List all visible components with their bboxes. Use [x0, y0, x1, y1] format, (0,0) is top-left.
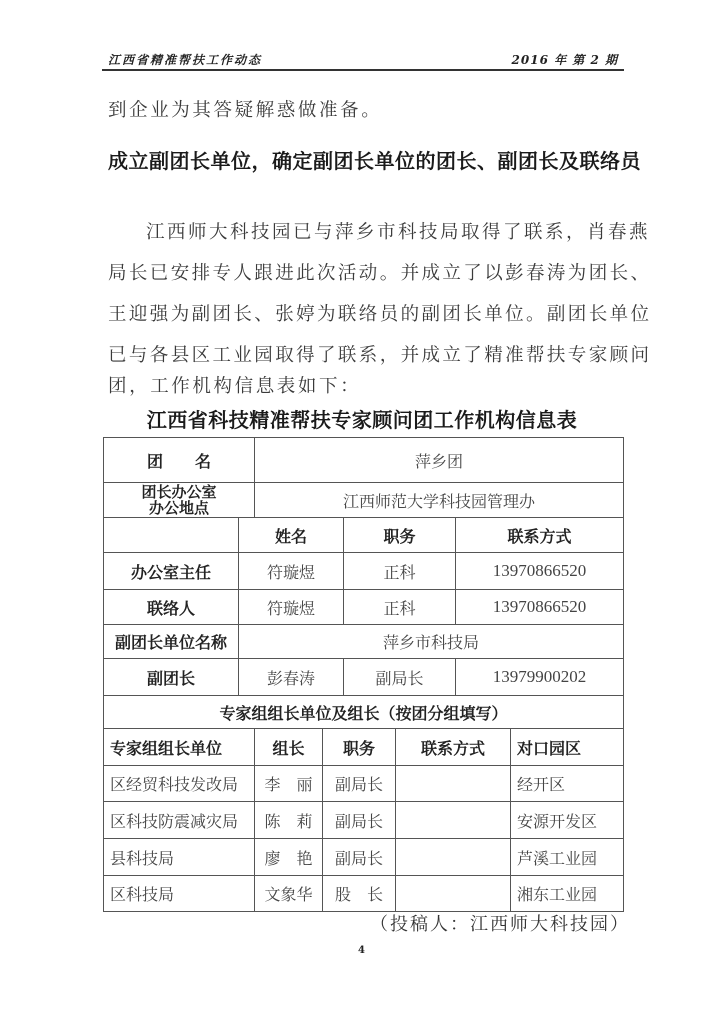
table-row: 办公室主任 符璇煜 正科 13970866520	[104, 553, 624, 590]
leader-cell: 文象华	[255, 876, 323, 912]
paragraph-line: 团，工作机构信息表如下：	[108, 372, 361, 398]
page-number: 4	[358, 945, 365, 956]
unit-cell: 区科技局	[104, 876, 255, 912]
role-cell: 联络人	[104, 590, 239, 625]
table-row: 团长办公室 办公地点 江西师范大学科技园管理办	[104, 483, 624, 518]
phone-cell: 13970866520	[456, 590, 624, 625]
table-row: 专家组组长单位及组长（按团分组填写）	[104, 696, 624, 729]
office-label-line2: 办公地点	[104, 500, 254, 516]
table-row: 联络人 符璇煜 正科 13970866520	[104, 590, 624, 625]
unit-cell: 县科技局	[104, 839, 255, 876]
publication-title: 江西省精准帮扶工作动态	[108, 51, 262, 68]
leader-cell: 陈 莉	[255, 802, 323, 839]
paragraph-line: 已与各县区工业园取得了联系，并成立了精准帮扶专家顾问	[108, 341, 651, 367]
table-row: 县科技局 廖 艳 副局长 芦溪工业园	[104, 839, 624, 876]
park-cell: 安源开发区	[511, 802, 624, 839]
table-row: 副团长单位名称 萍乡市科技局	[104, 625, 624, 659]
info-table: 团 名 萍乡团 团长办公室 办公地点 江西师范大学科技园管理办	[103, 437, 624, 518]
title-cell: 正科	[344, 590, 456, 625]
col-park: 对口园区	[511, 729, 624, 766]
role-cell: 副团长	[104, 659, 239, 696]
park-cell: 芦溪工业园	[511, 839, 624, 876]
table-row: 区经贸科技发改局 李 丽 副局长 经开区	[104, 766, 624, 802]
team-name-label: 团 名	[104, 438, 255, 483]
phone-cell: 13979900202	[456, 659, 624, 696]
title-cell: 股 长	[323, 876, 396, 912]
experts-table: 专家组组长单位及组长（按团分组填写） 专家组组长单位 组长 职务 联系方式 对口…	[103, 695, 624, 912]
team-name-value: 萍乡团	[255, 438, 624, 483]
table-title: 江西省科技精准帮扶专家顾问团工作机构信息表	[0, 404, 724, 433]
leader-cell: 廖 艳	[255, 839, 323, 876]
park-cell: 经开区	[511, 766, 624, 802]
col-name: 姓名	[239, 518, 344, 553]
col-title: 职务	[344, 518, 456, 553]
table-row: 区科技防震减灾局 陈 莉 副局长 安源开发区	[104, 802, 624, 839]
park-cell: 湘东工业园	[511, 876, 624, 912]
paragraph-line: 局长已安排专人跟进此次活动。并成立了以彭春涛为团长、	[108, 259, 651, 285]
col-contact: 联系方式	[456, 518, 624, 553]
phone-cell	[396, 802, 511, 839]
expert-section-title: 专家组组长单位及组长（按团分组填写）	[104, 696, 624, 729]
col-contact: 联系方式	[396, 729, 511, 766]
name-cell: 彭春涛	[239, 659, 344, 696]
name-cell: 符璇煜	[239, 590, 344, 625]
empty-cell	[104, 518, 239, 553]
page-header: 江西省精准帮扶工作动态 2016 年 第 2 期	[102, 47, 624, 71]
table-row: 副团长 彭春涛 副局长 13979900202	[104, 659, 624, 696]
title-cell: 副局长	[323, 839, 396, 876]
title-cell: 正科	[344, 553, 456, 590]
issue-number: 2016 年 第 2 期	[512, 51, 618, 68]
phone-cell	[396, 876, 511, 912]
col-leader: 组长	[255, 729, 323, 766]
title-cell: 副局长	[323, 766, 396, 802]
table-header-row: 专家组组长单位 组长 职务 联系方式 对口园区	[104, 729, 624, 766]
table-row: 区科技局 文象华 股 长 湘东工业园	[104, 876, 624, 912]
leader-cell: 李 丽	[255, 766, 323, 802]
section-heading: 成立副团长单位，确定副团长单位的团长、副团长及联络员	[108, 145, 641, 174]
phone-cell	[396, 766, 511, 802]
table-row: 团 名 萍乡团	[104, 438, 624, 483]
author-signature: （投稿人：江西师大科技园）	[370, 910, 630, 936]
unit-cell: 区科技防震减灾局	[104, 802, 255, 839]
office-location-label: 团长办公室 办公地点	[104, 483, 255, 518]
phone-cell	[396, 839, 511, 876]
title-cell: 副局长	[323, 802, 396, 839]
unit-cell: 区经贸科技发改局	[104, 766, 255, 802]
deputy-unit-value: 萍乡市科技局	[239, 625, 624, 659]
paragraph-line: 到企业为其答疑解惑做准备。	[108, 96, 382, 122]
office-label-line1: 团长办公室	[104, 484, 254, 500]
col-title: 职务	[323, 729, 396, 766]
contacts-table: 姓名 职务 联系方式 办公室主任 符璇煜 正科 13970866520 联络人 …	[103, 517, 624, 696]
office-location-value: 江西师范大学科技园管理办	[255, 483, 624, 518]
deputy-unit-label: 副团长单位名称	[104, 625, 239, 659]
title-cell: 副局长	[344, 659, 456, 696]
paragraph-line: 王迎强为副团长、张婷为联络员的副团长单位。副团长单位	[108, 300, 651, 326]
name-cell: 符璇煜	[239, 553, 344, 590]
col-unit: 专家组组长单位	[104, 729, 255, 766]
phone-cell: 13970866520	[456, 553, 624, 590]
table-header-row: 姓名 职务 联系方式	[104, 518, 624, 553]
paragraph-line: 江西师大科技园已与萍乡市科技局取得了联系，肖春燕	[146, 218, 650, 244]
role-cell: 办公室主任	[104, 553, 239, 590]
